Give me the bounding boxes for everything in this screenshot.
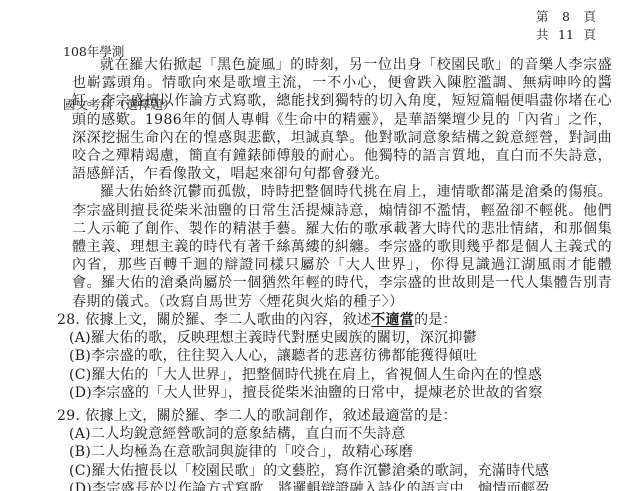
page-total-prefix: 共 bbox=[536, 26, 549, 44]
question-28-stem-emphasis: 不適當 bbox=[371, 312, 414, 328]
question-28-stem-suffix: 的是： bbox=[414, 312, 457, 328]
question-29: 29.依據上文，關於羅、李二人的歌詞創作，敘述最適當的是： (A)二人均銳意經營… bbox=[57, 407, 614, 491]
question-28-number: 28. bbox=[57, 312, 80, 328]
question-29-stem-text: 依據上文，關於羅、李二人的歌詞創作，敘述最適當的是： bbox=[85, 408, 457, 424]
question-28-option-b: (B)李宗盛的歌，往往契入人心，讓聽者的悲喜彷彿都能獲得傾吐 bbox=[69, 347, 614, 365]
passage-paragraph-1: 就在羅大佑掀起「黑色旋風」的時刻，另一位出身「校園民歌」的音樂人李宗盛也嶄露頭角… bbox=[72, 56, 612, 183]
question-28-options: (A)羅大佑的歌，反映理想主義時代對歷史國族的關切，深沉抑鬱 (B)李宗盛的歌，… bbox=[57, 329, 614, 402]
question-28-option-a: (A)羅大佑的歌，反映理想主義時代對歷史國族的關切，深沉抑鬱 bbox=[69, 329, 614, 347]
page-number-prefix: 第 bbox=[536, 8, 549, 26]
page-number-value: 8 bbox=[549, 8, 584, 26]
question-28: 28.依據上文，關於羅、李二人歌曲的內容，敘述不適當的是： (A)羅大佑的歌，反… bbox=[57, 311, 614, 402]
question-29-option-b: (B)二人均極為在意歌詞與旋律的「咬合」，故精心琢磨 bbox=[69, 443, 614, 461]
page-total-value: 11 bbox=[549, 26, 584, 44]
question-28-option-d: (D)李宗盛的「大人世界」，擅長從柴米油鹽的日常中，提煉老於世故的省察 bbox=[69, 384, 614, 402]
question-29-option-c: (C)羅大佑擅長以「校園民歌」的文藝腔，寫作沉鬱滄桑的歌詞，充滿時代感 bbox=[69, 462, 614, 480]
page-header-right: 第 8 頁 共 11 頁 bbox=[536, 8, 596, 43]
page-number-line: 第 8 頁 bbox=[536, 8, 596, 26]
page-total-line: 共 11 頁 bbox=[536, 26, 596, 44]
reading-passage: 就在羅大佑掀起「黑色旋風」的時刻，另一位出身「校園民歌」的音樂人李宗盛也嶄露頭角… bbox=[72, 56, 612, 311]
question-29-option-d: (D)李宗盛長於以作論方式寫歌，將邏輯辯證融入詩化的語言中，煽情而輕盈 bbox=[69, 480, 614, 491]
question-29-options: (A)二人均銳意經營歌詞的意象結構，直白而不失詩意 (B)二人均極為在意歌詞與旋… bbox=[57, 425, 614, 491]
page-total-suffix: 頁 bbox=[583, 26, 596, 44]
page-number-suffix: 頁 bbox=[583, 8, 596, 26]
question-28-stem-text: 依據上文，關於羅、李二人歌曲的內容，敘述 bbox=[85, 312, 371, 328]
question-29-option-a: (A)二人均銳意經營歌詞的意象結構，直白而不失詩意 bbox=[69, 425, 614, 443]
passage-paragraph-2: 羅大佑始終沉鬱而孤傲，時時把整個時代挑在肩上，連情歌都滿是滄桑的傷痕。李宗盛則擅… bbox=[72, 183, 612, 310]
exam-paper-page: 108年學測 國文考科（選擇題） 第 8 頁 共 11 頁 就在羅大佑掀起「黑色… bbox=[0, 0, 644, 491]
question-28-stem: 28.依據上文，關於羅、李二人歌曲的內容，敘述不適當的是： bbox=[57, 311, 614, 329]
question-29-stem: 29.依據上文，關於羅、李二人的歌詞創作，敘述最適當的是： bbox=[57, 407, 614, 425]
question-28-option-c: (C)羅大佑的「大人世界」，把整個時代挑在肩上，省視個人生命內在的惶惑 bbox=[69, 366, 614, 384]
question-29-number: 29. bbox=[57, 408, 80, 424]
